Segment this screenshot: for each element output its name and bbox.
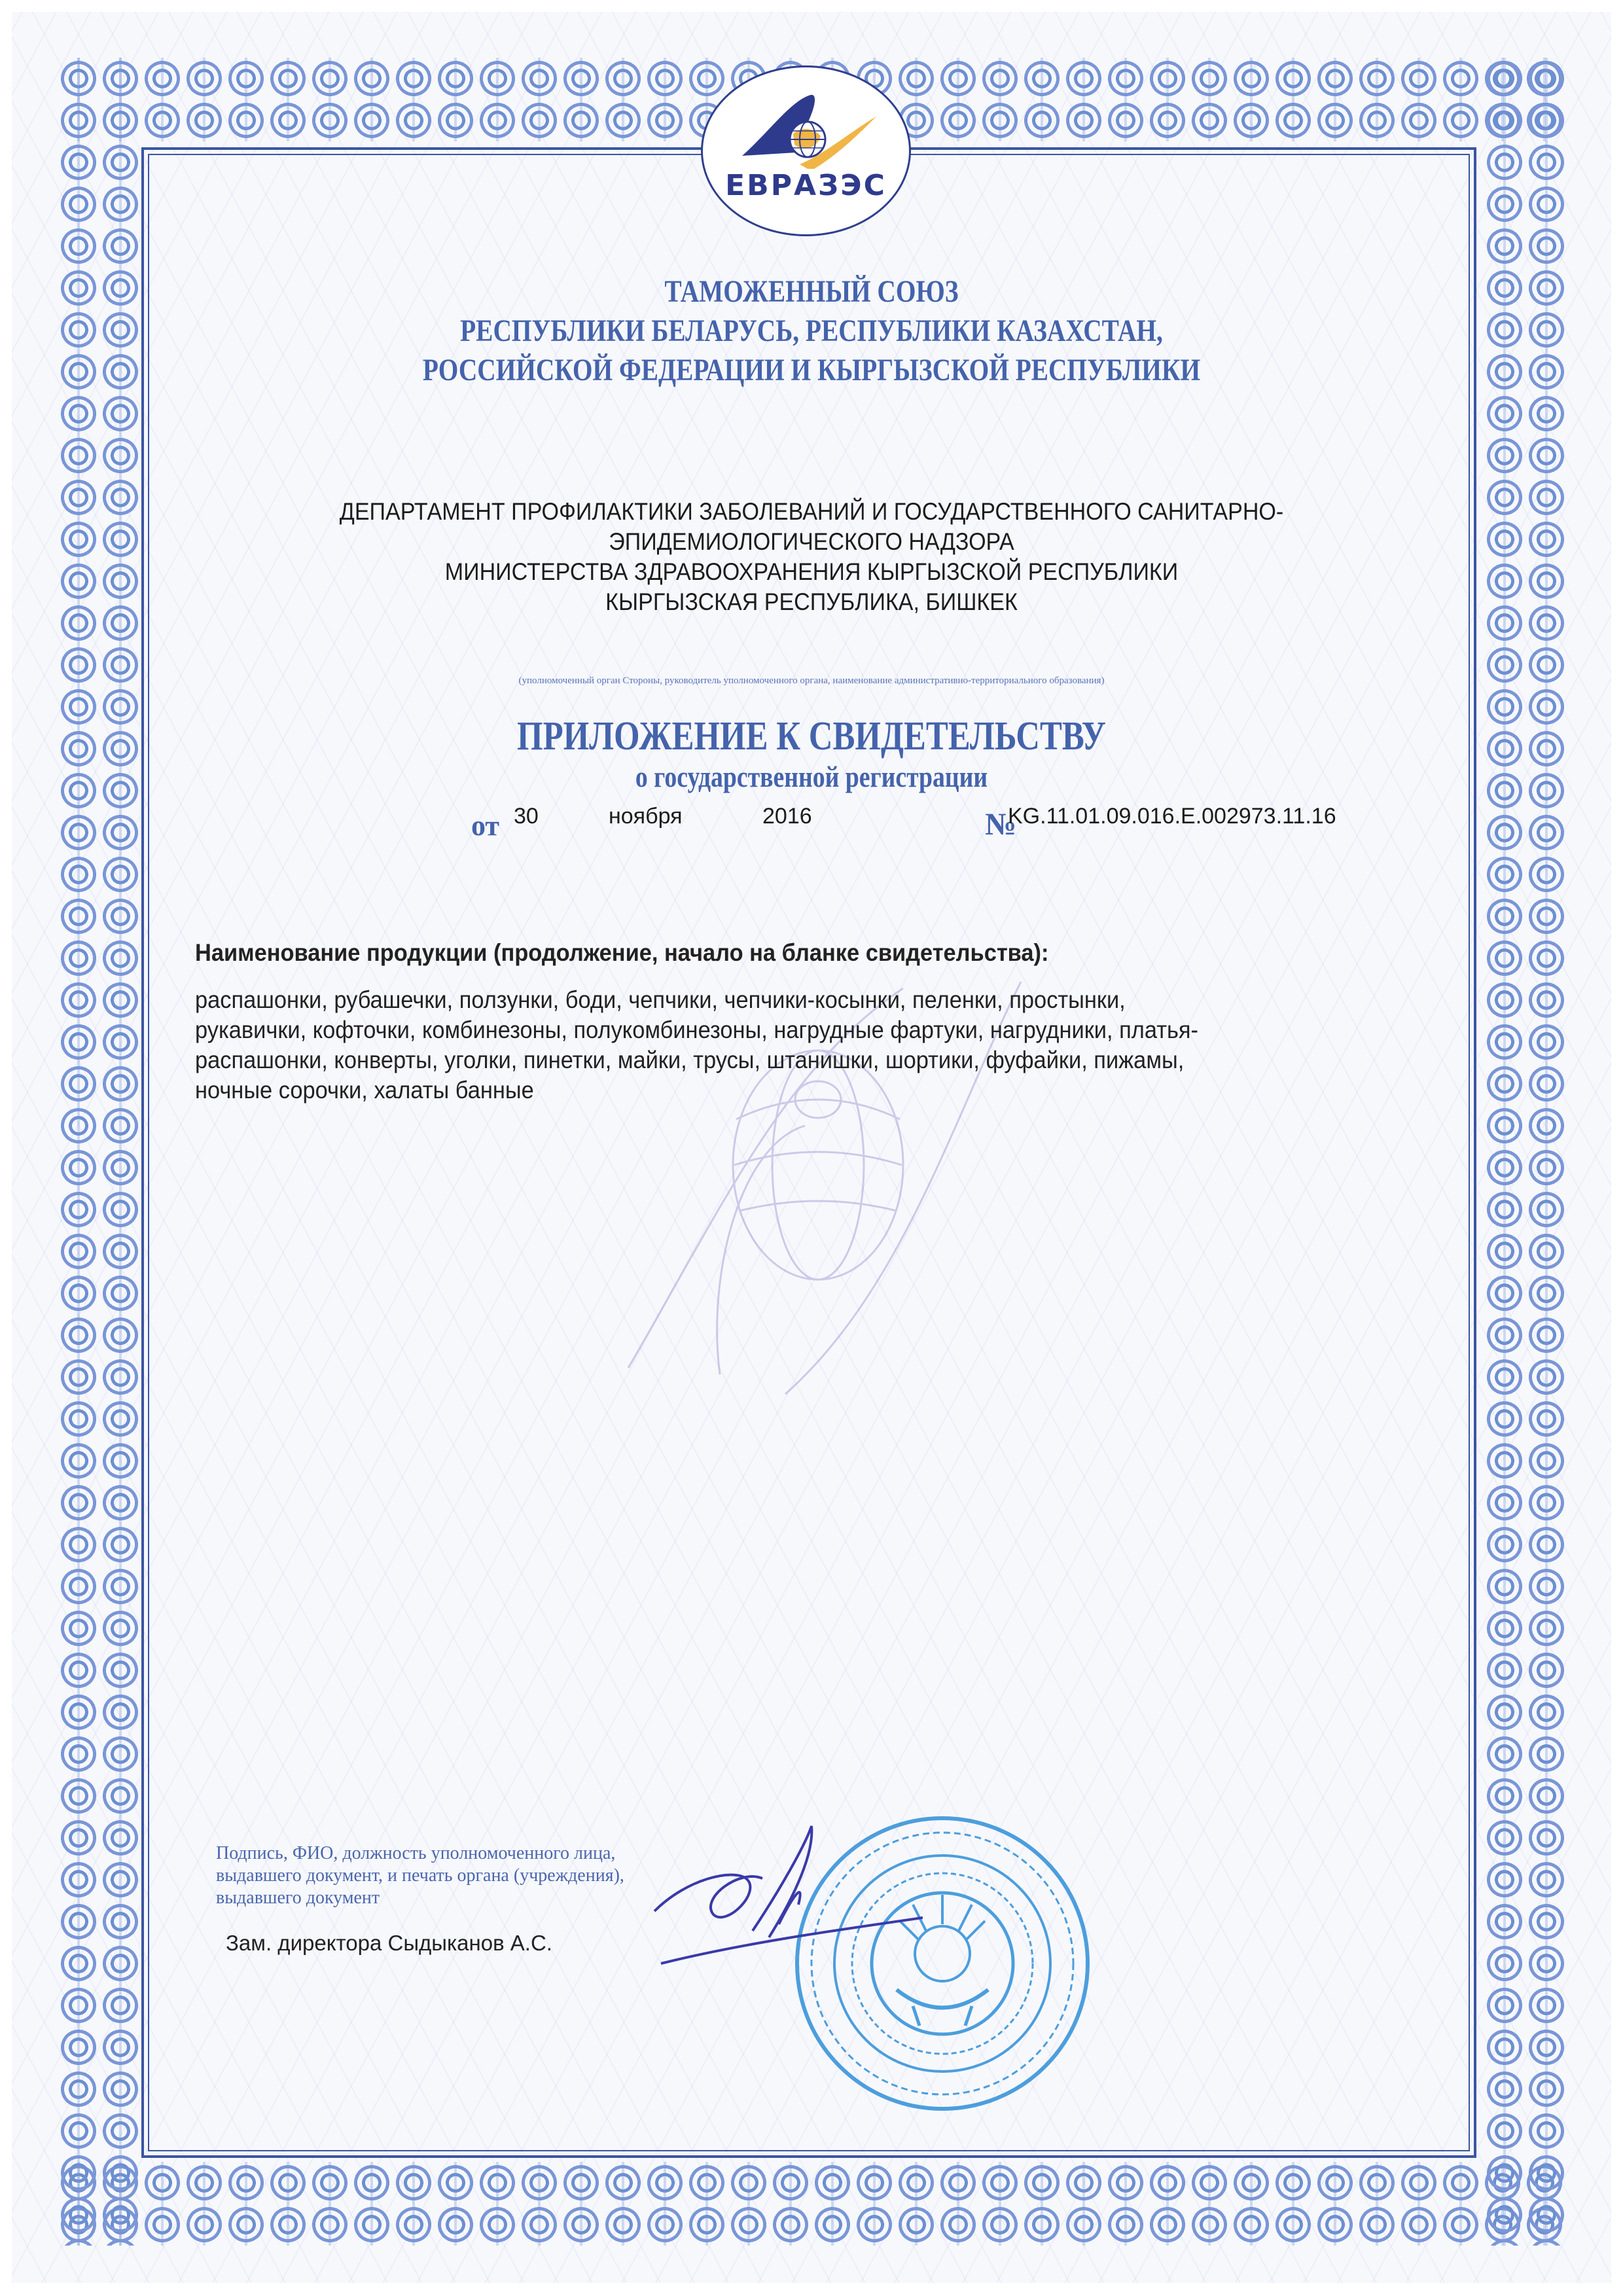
handwritten-signature-icon — [648, 1806, 923, 1977]
date-month: ноября — [609, 804, 683, 829]
products-list: распашонки, рубашечки, ползунки, боди, ч… — [195, 985, 1327, 1105]
products-line: ночные сорочки, халаты банные — [195, 1075, 1327, 1105]
products-line: распашонки, конверты, уголки, пинетки, м… — [195, 1045, 1327, 1075]
signature-caption: Подпись, ФИО, должность уполномоченного … — [216, 1842, 624, 1909]
authority-line-3: МИНИСТЕРСТВА ЗДРАВООХРАНЕНИЯ КЫРГЫЗСКОЙ … — [65, 558, 1558, 586]
signer-name: Зам. директора Сыдыканов А.С. — [226, 1931, 552, 1956]
union-title-line-1: ТАМОЖЕННЫЙ СОЮЗ — [146, 274, 1477, 310]
union-title-line-2: РЕСПУБЛИКИ БЕЛАРУСЬ, РЕСПУБЛИКИ КАЗАХСТА… — [146, 313, 1477, 350]
authority-line-1: ДЕПАРТАМЕНТ ПРОФИЛАКТИКИ ЗАБОЛЕВАНИЙ И Г… — [65, 497, 1558, 526]
authority-line-2: ЭПИДЕМИОЛОГИЧЕСКОГО НАДЗОРА — [65, 528, 1558, 556]
products-line: распашонки, рубашечки, ползунки, боди, ч… — [195, 985, 1327, 1015]
products-heading: Наименование продукции (продолжение, нач… — [195, 939, 1048, 967]
products-line: рукавички, кофточки, комбинезоны, полуко… — [195, 1015, 1327, 1045]
union-title-line-3: РОССИЙСКОЙ ФЕДЕРАЦИИ И КЫРГЫЗСКОЙ РЕСПУБ… — [146, 352, 1477, 389]
registration-number: KG.11.01.09.016.E.002973.11.16 — [1008, 804, 1336, 829]
date-prefix: от — [471, 809, 499, 842]
issue-date-line: от 30 ноября 2016 № KG.11.01.09.016.E.00… — [0, 804, 1623, 850]
authority-caption: (уполномоченный орган Стороны, руководит… — [0, 675, 1623, 687]
date-year: 2016 — [762, 804, 812, 829]
annex-subtitle: о государственной регистрации — [146, 759, 1477, 794]
logo-text: ЕВРАЗЭС — [703, 169, 909, 202]
signature-caption-line: выдавшего документ, и печать органа (учр… — [216, 1865, 624, 1887]
signature-caption-line: выдавшего документ — [216, 1887, 624, 1909]
eurasec-globe-icon — [729, 87, 886, 169]
eurasec-logo: ЕВРАЗЭС — [701, 65, 911, 236]
signature-caption-line: Подпись, ФИО, должность уполномоченного … — [216, 1842, 624, 1865]
authority-line-4: КЫРГЫЗСКАЯ РЕСПУБЛИКА, БИШКЕК — [65, 588, 1558, 617]
date-day: 30 — [514, 804, 539, 829]
annex-title: ПРИЛОЖЕНИЕ К СВИДЕТЕЛЬСТВУ — [146, 713, 1477, 760]
